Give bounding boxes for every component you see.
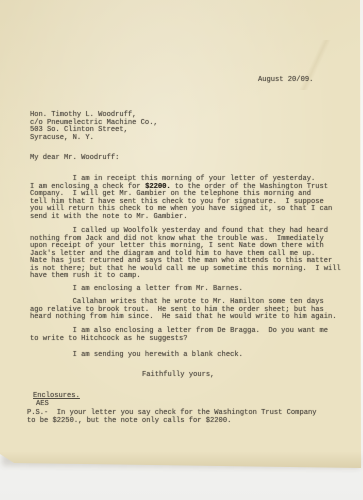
date-line: August 20/09. [258, 77, 313, 85]
paragraph-3: I am enclosing a letter from Mr. Barnes. [30, 286, 243, 294]
recipient-address: Hon. Timothy L. Woodruff, c/o Pneumelect… [30, 112, 158, 142]
closing-line: Faithfully yours, [142, 372, 214, 380]
paragraph-4: Callahan writes that he wrote to Mr. Ham… [30, 299, 337, 322]
typist-initials: AES [36, 401, 49, 409]
paragraph-1: I am in receipt this morning of your let… [30, 176, 332, 221]
paragraph-2: I called up Woolfolk yesterday and found… [30, 228, 341, 281]
scan-background: August 20/09. Hon. Timothy L. Woodruff, … [0, 0, 363, 500]
postscript: P.S.- In your letter you say check for t… [27, 410, 316, 425]
letter-paper: August 20/09. Hon. Timothy L. Woodruff, … [0, 0, 363, 470]
paragraph-6: I am sending you herewith a blank check. [30, 352, 243, 360]
salutation: My dear Mr. Woodruff: [30, 155, 119, 163]
paragraph-5: I am also enclosing a letter from De Bra… [30, 328, 328, 343]
